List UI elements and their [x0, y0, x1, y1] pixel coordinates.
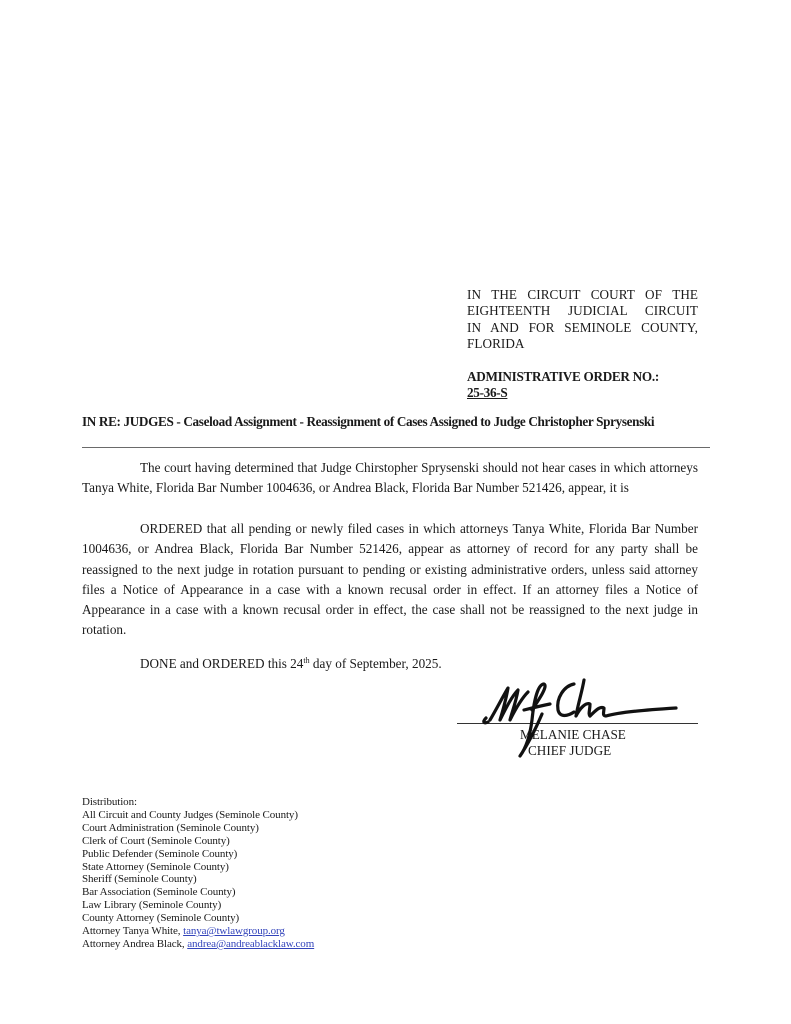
caption-line: IN THE CIRCUIT COURT OF THE [467, 287, 698, 303]
distribution-item: All Circuit and County Judges (Seminole … [82, 809, 482, 822]
distribution-item: County Attorney (Seminole County) [82, 912, 482, 925]
in-re-heading: IN RE: JUDGES - Caseload Assignment - Re… [82, 414, 702, 430]
distribution-item: Law Library (Seminole County) [82, 899, 482, 912]
contact-label: Attorney Andrea Black, [82, 938, 187, 950]
caption-line: EIGHTEENTH JUDICIAL CIRCUIT [467, 303, 698, 319]
contact-label: Attorney Tanya White, [82, 925, 183, 937]
handwritten-signature-icon [470, 670, 710, 770]
email-link-tanya-white[interactable]: tanya@twlawgroup.org [183, 925, 285, 937]
distribution-heading: Distribution: [82, 796, 482, 809]
distribution-contact-tanya-white: Attorney Tanya White, tanya@twlawgroup.o… [82, 925, 482, 938]
document-page: IN THE CIRCUIT COURT OF THE EIGHTEENTH J… [0, 0, 791, 1024]
ordered-paragraph: ORDERED that all pending or newly filed … [82, 519, 698, 641]
done-prefix: DONE and ORDERED this 24 [140, 656, 303, 671]
distribution-list: Distribution: All Circuit and County Jud… [82, 796, 482, 951]
distribution-item: Clerk of Court (Seminole County) [82, 835, 482, 848]
order-number: 25-36-S [467, 385, 507, 401]
heading-divider [82, 447, 710, 448]
caption-line: FLORIDA [467, 336, 698, 352]
recital-paragraph: The court having determined that Judge C… [82, 458, 698, 499]
order-label: ADMINISTRATIVE ORDER NO.: [467, 369, 707, 385]
done-suffix: day of September, 2025. [310, 656, 442, 671]
done-and-ordered-line: DONE and ORDERED this 24th day of Septem… [140, 656, 442, 672]
distribution-contact-andrea-black: Attorney Andrea Black, andrea@andreablac… [82, 938, 482, 951]
administrative-order-number: ADMINISTRATIVE ORDER NO.: 25-36-S [467, 369, 707, 402]
distribution-item: Public Defender (Seminole County) [82, 848, 482, 861]
distribution-item: Sheriff (Seminole County) [82, 873, 482, 886]
caption-line: IN AND FOR SEMINOLE COUNTY, [467, 320, 698, 336]
distribution-item: Court Administration (Seminole County) [82, 822, 482, 835]
court-caption: IN THE CIRCUIT COURT OF THE EIGHTEENTH J… [467, 287, 698, 352]
distribution-item: Bar Association (Seminole County) [82, 886, 482, 899]
email-link-andrea-black[interactable]: andrea@andreablacklaw.com [187, 938, 314, 950]
distribution-item: State Attorney (Seminole County) [82, 861, 482, 874]
